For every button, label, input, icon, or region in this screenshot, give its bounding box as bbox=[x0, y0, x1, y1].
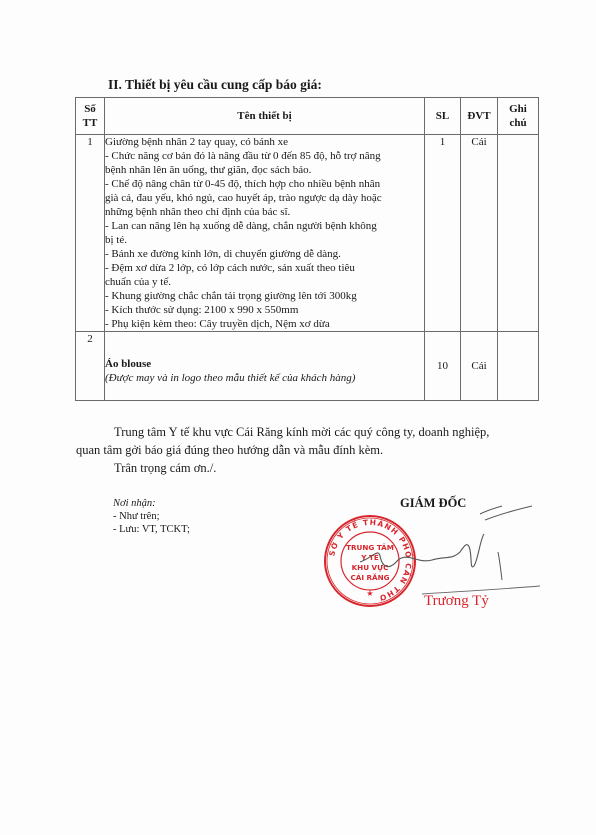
equipment-table: Số TT Tên thiết bị SL ĐVT Ghi chú 1 Giườ… bbox=[75, 97, 539, 401]
row-note bbox=[498, 135, 539, 332]
item-description-line: - Phụ kiện kèm theo: Cây truyền dịch, Nệ… bbox=[105, 317, 424, 331]
row-name: Áo blouse (Được may và in logo theo mẫu … bbox=[105, 332, 425, 401]
invitation-line-2: quan tâm gởi báo giá đúng theo hướng dẫn… bbox=[76, 441, 383, 459]
row-unit: Cái bbox=[461, 135, 498, 332]
header-name: Tên thiết bị bbox=[105, 98, 425, 135]
row-unit: Cái bbox=[461, 332, 498, 401]
item-description-line: - Đệm xơ dừa 2 lớp, có lớp cách nước, sả… bbox=[105, 261, 424, 275]
header-qty: SL bbox=[425, 98, 461, 135]
item-description-line: già cả, đau yếu, khó ngủ, cao huyết áp, … bbox=[105, 191, 424, 205]
item-description-line: chuẩn của y tế. bbox=[105, 275, 424, 289]
row-stt: 2 bbox=[76, 332, 105, 401]
recipient-item: - Lưu: VT, TCKT; bbox=[113, 523, 190, 536]
item-description-line: - Bánh xe đường kính lớn, di chuyển giườ… bbox=[105, 247, 424, 261]
row-stt: 1 bbox=[76, 135, 105, 332]
invitation-line-1: Trung tâm Y tế khu vực Cái Răng kính mời… bbox=[114, 423, 489, 441]
header-unit: ĐVT bbox=[461, 98, 498, 135]
item-description-line: - Chế độ nâng chân từ 0-45 độ, thích hợp… bbox=[105, 177, 424, 191]
row-qty: 1 bbox=[425, 135, 461, 332]
row-name: Giường bệnh nhân 2 tay quay, có bánh xe-… bbox=[105, 135, 425, 332]
item-description-line: - Chức năng cơ bản đó là nâng đầu từ 0 đ… bbox=[105, 149, 424, 163]
recipients-header: Nơi nhận: bbox=[113, 497, 190, 510]
row-note bbox=[498, 332, 539, 401]
header-stt: Số TT bbox=[76, 98, 105, 135]
header-note: Ghi chú bbox=[498, 98, 539, 135]
item-subtitle: (Được may và in logo theo mẫu thiết kế c… bbox=[105, 371, 424, 385]
item-description-line: - Lan can nâng lên hạ xuống dễ dàng, chắ… bbox=[105, 219, 424, 233]
item-description-line: - Kích thước sử dụng: 2100 x 990 x 550mm bbox=[105, 303, 424, 317]
section-title: II. Thiết bị yêu cầu cung cấp báo giá: bbox=[108, 77, 322, 93]
recipient-item: - Như trên; bbox=[113, 510, 190, 523]
item-description-line: bị té. bbox=[105, 233, 424, 247]
signer-name: Trương Tỷ bbox=[424, 593, 489, 610]
recipients-block: Nơi nhận: - Như trên; - Lưu: VT, TCKT; bbox=[113, 497, 190, 536]
item-description-line: - Khung giường chắc chắn tải trọng giườn… bbox=[105, 289, 424, 303]
table-row: 1 Giường bệnh nhân 2 tay quay, có bánh x… bbox=[76, 135, 539, 332]
table-header-row: Số TT Tên thiết bị SL ĐVT Ghi chú bbox=[76, 98, 539, 135]
document-page: II. Thiết bị yêu cầu cung cấp báo giá: S… bbox=[0, 0, 596, 835]
item-title: Áo blouse bbox=[105, 357, 424, 371]
row-qty: 10 bbox=[425, 332, 461, 401]
item-description-line: những bệnh nhân theo chỉ định của bác sĩ… bbox=[105, 205, 424, 219]
table-row: 2 Áo blouse (Được may và in logo theo mẫ… bbox=[76, 332, 539, 401]
item-description-line: Giường bệnh nhân 2 tay quay, có bánh xe bbox=[105, 135, 424, 149]
closing-text: Trân trọng cám ơn./. bbox=[114, 459, 216, 477]
item-description-line: bệnh nhân lên ăn uống, thư giãn, đọc sác… bbox=[105, 163, 424, 177]
